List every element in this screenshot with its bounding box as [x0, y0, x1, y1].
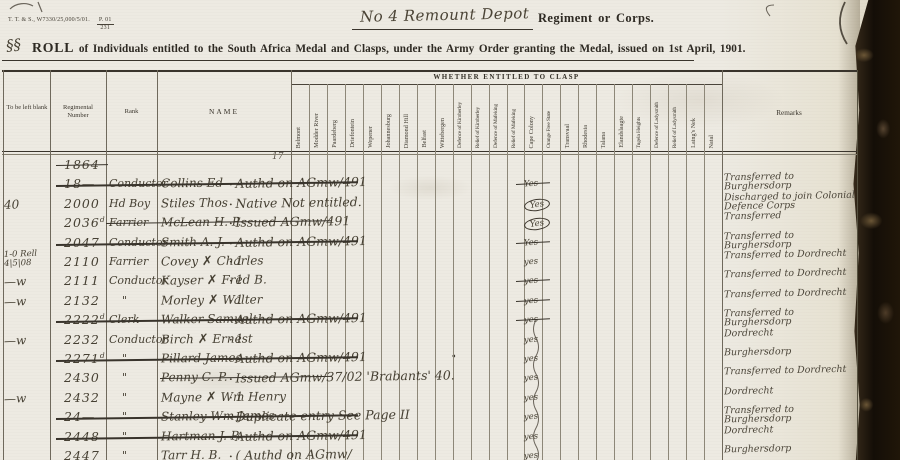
- clasp-column-label: Elandslaagte: [614, 86, 632, 150]
- note-dot: ·: [229, 200, 233, 211]
- clasp-column-label: Natal: [704, 86, 722, 150]
- regiment-underline: [352, 29, 533, 30]
- clasp-column-label-text: Relief of Mafeking: [511, 109, 517, 148]
- rule-clasp-column: [507, 84, 508, 460]
- clasp-column-label-text: Driefontein: [349, 119, 356, 148]
- rule-clasp-column: [417, 84, 418, 460]
- margin-note: —w: [4, 390, 58, 406]
- note-dot: ·: [229, 355, 233, 366]
- page-title-lead: ROLL: [32, 40, 74, 55]
- clasp-yes: yes: [522, 353, 541, 364]
- page-title: ROLL of Individuals entitled to the Sout…: [32, 40, 746, 56]
- clasp-column-label-text: Elandslaagte: [618, 116, 625, 148]
- clasp-column-label-text: Defence of Mafeking: [493, 104, 499, 148]
- row-number: 2111: [64, 273, 110, 288]
- remarks-text: Burghersdorp: [724, 443, 856, 455]
- row-number: 2132: [64, 293, 110, 308]
- row-name: Kayser ✗ Fred B.: [161, 273, 267, 289]
- rule-column: [857, 70, 858, 460]
- pen-flourish-top-left: [10, 2, 42, 12]
- rule-clasp-column: [524, 84, 525, 460]
- clasp-column-label: Belfast: [417, 86, 435, 150]
- clasp-column-label-text: Talana: [600, 132, 607, 148]
- clasp-note: ·( Authd on AGmw/: [229, 446, 352, 460]
- rule-clasp-column: [632, 84, 633, 460]
- rule-clasp-column: [471, 84, 472, 460]
- clasp-note: ·1: [229, 330, 244, 345]
- clasp-column-label-text: Defence of Ladysmith: [654, 102, 660, 148]
- margin-note: —w: [4, 332, 58, 348]
- clasp-note: ·Native Not entitled.: [229, 194, 362, 211]
- remarks-text: Dordrecht: [724, 326, 856, 338]
- clasp-column-label: Wittebergen: [435, 86, 453, 150]
- clasp-column-label-text: Transvaal: [564, 124, 571, 148]
- clasp-column-label-text: Orange Free State: [546, 111, 552, 148]
- column-header-remarks: Remarks: [724, 110, 854, 118]
- row-rank: ": [122, 449, 127, 460]
- clasp-column-label: Belmont: [291, 86, 309, 150]
- rule-clasp-column: [650, 84, 651, 460]
- rule-clasp-column: [542, 84, 543, 460]
- clasp-column-label: Relief of Ladysmith: [668, 86, 686, 150]
- clasp-column-label-text: Paardeberg: [331, 120, 338, 148]
- row-number: 2036d: [64, 215, 110, 230]
- margin-note: 40: [4, 196, 58, 212]
- rule-clasp-column: [327, 84, 328, 460]
- clasp-column-label-text: Modder River: [313, 113, 320, 148]
- margin-note: —w: [4, 273, 58, 289]
- row-rank: ": [122, 391, 127, 404]
- remarks-text: Transferred to Burghersdorp: [724, 404, 856, 425]
- row-rank: Conductor: [109, 333, 168, 346]
- clasp-column-label: Diamond Hill: [399, 86, 417, 150]
- pen-flourish-letter-c: [766, 5, 774, 16]
- remarks-text: Discharged to join Colonial Defence Corp…: [724, 190, 856, 211]
- row-number: 2000: [64, 196, 110, 211]
- note-dot: ·: [229, 296, 233, 307]
- clasp-note: ·1: [229, 253, 244, 268]
- note-dot: ·: [229, 335, 233, 346]
- row-name: Stiles Thos: [161, 195, 228, 210]
- rule-column: [157, 70, 158, 460]
- clasp-column-label: Tugela Heights: [632, 86, 650, 150]
- row-name: Mayne ✗ Wm Henry: [161, 389, 286, 405]
- rule-clasp-column: [489, 84, 490, 460]
- rule-clasp-column: [722, 70, 723, 460]
- clasp-yes: yes: [522, 392, 541, 403]
- row-number: 2047: [64, 235, 110, 250]
- remarks-text: Burghersdorp: [724, 346, 856, 358]
- regiment-label: Regiment or Corps.: [538, 11, 654, 26]
- stamp-fraction: P. 01 231: [97, 17, 114, 31]
- clasp-column-label-text: Wittebergen: [439, 118, 446, 148]
- note-dot: ·: [229, 276, 233, 287]
- row-number: 2447: [64, 448, 110, 460]
- rule-table-top: [2, 70, 858, 72]
- clasp-column-label: Laing's Nek: [686, 86, 704, 150]
- rule-clasp-column: [363, 84, 364, 460]
- note-dot: ·: [229, 257, 233, 268]
- rule-clasp-column: [704, 84, 705, 460]
- clasp-column-label: Defence of Ladysmith: [650, 86, 668, 150]
- clasp-column-label-text: Belfast: [421, 130, 428, 148]
- clasp-yes: yes: [522, 412, 541, 423]
- clasp-column-label: Rhodesia: [578, 86, 596, 150]
- title-underline: [2, 60, 694, 61]
- row-number: 2232: [64, 332, 110, 347]
- row-number: 2432: [64, 390, 110, 405]
- row-rank: Conductor: [109, 274, 168, 287]
- clasp-note: ·1: [229, 292, 244, 307]
- column-header-blank: To be left blank: [5, 104, 49, 112]
- remarks-text: Transferred to Dordrecht: [724, 365, 856, 377]
- rule-clasp-column: [345, 84, 346, 460]
- note-dot: ·: [229, 393, 233, 404]
- remarks-text: Transferred to Dordrecht: [724, 287, 856, 299]
- clasp-band-header: WHETHER ENTITLED TO CLASP: [291, 73, 722, 81]
- clasp-column-label: Driefontein: [345, 86, 363, 150]
- x-mark: ✗: [208, 293, 219, 308]
- remarks-text: Transferred to Dordrecht: [724, 268, 856, 280]
- number-suffix: d: [100, 215, 106, 224]
- rule-clasp-column: [399, 84, 400, 460]
- clasp-yes: Yes: [523, 197, 550, 213]
- stamp-reference: T. T. & S., W7330/25,000/5/01.: [8, 17, 90, 24]
- remarks-text: Dordrecht: [724, 423, 856, 435]
- rule-clasp-column: [381, 84, 382, 460]
- page-title-rest: of Individuals entitled to the South Afr…: [79, 43, 746, 55]
- stamp-fraction-bottom: 231: [100, 25, 110, 32]
- rule-clasp-column: [578, 84, 579, 460]
- column-header-rank: Rank: [108, 108, 155, 116]
- clasp-column-label-text: Natal: [708, 135, 715, 148]
- clasp-column-label: Relief of Mafeking: [507, 86, 525, 150]
- clasp-column-label-text: Belmont: [295, 127, 302, 148]
- book-edge: [852, 0, 900, 460]
- clasp-column-label: Defence of Mafeking: [489, 86, 507, 150]
- row-rank: ": [122, 371, 127, 384]
- clasp-column-label: Modder River: [309, 86, 327, 150]
- note-dot: ·: [229, 316, 233, 327]
- rule-clasp-column: [435, 84, 436, 460]
- clasp-column-label: Cape Colony: [524, 86, 542, 150]
- section-mark: §§: [5, 35, 22, 54]
- clasp-column-label: Defence of Kimberley: [453, 86, 471, 150]
- clasp-column-label: Johannesburg: [381, 86, 399, 150]
- clasp-column-label-text: Laing's Nek: [690, 118, 697, 148]
- rule-clasp-column: [291, 70, 292, 460]
- clasp-column-label-text: Johannesburg: [385, 114, 392, 148]
- remarks-text: Dordrecht: [724, 384, 856, 396]
- note-dot: ·: [229, 452, 233, 460]
- clasp-column-label: Orange Free State: [542, 86, 560, 150]
- clasp-note: ·1: [229, 272, 244, 287]
- clasp-column-label: Paardeberg: [327, 86, 345, 150]
- row-number: 2448: [64, 429, 110, 444]
- row-name: Morley ✗ Walter: [161, 292, 263, 308]
- row-number: 2430: [64, 370, 110, 385]
- clasp-column-label: Talana: [596, 86, 614, 150]
- printer-stamp: T. T. & S., W7330/25,000/5/01. P. 01 231: [8, 17, 114, 31]
- clasp-column-label-text: Cape Colony: [528, 116, 535, 148]
- clasp-column-label-text: Wepener: [367, 126, 374, 148]
- clasp-column-label-text: Rhodesia: [582, 125, 589, 148]
- clasp-column-label-text: Relief of Kimberley: [475, 107, 481, 148]
- row-number: 2110: [64, 254, 110, 269]
- clasp-yes: yes: [522, 256, 541, 267]
- margin-note: —w: [4, 293, 58, 309]
- rule-clasp-column: [560, 84, 561, 460]
- rule-clasp-column: [686, 84, 687, 460]
- clasp-note: ·1: [229, 389, 244, 404]
- rule-header-bottom: [2, 151, 858, 152]
- remarks-text: Transferred to Burghersdorp: [724, 171, 856, 192]
- clasp-column-label-text: Relief of Ladysmith: [672, 107, 678, 148]
- rule-clasp-column: [614, 84, 615, 460]
- clasp-yes: Yes: [523, 216, 550, 232]
- rule-clasp-column: [453, 84, 454, 460]
- row-rank: ": [122, 430, 127, 443]
- clasp-yes: yes: [522, 373, 541, 384]
- rule-clasp-column: [309, 84, 310, 460]
- column-header-number: Regimental Number: [52, 104, 104, 119]
- row-rank: Hd Boy: [109, 197, 150, 210]
- row-name: Tarr H. B.: [161, 448, 221, 460]
- clasp-yes: yes: [522, 431, 541, 442]
- clasp-column-label-text: Diamond Hill: [403, 114, 410, 148]
- clasp-column-label-text: Tugela Heights: [636, 117, 642, 148]
- clasp-yes: yes: [522, 334, 541, 345]
- clasp-yes: yes: [522, 450, 541, 460]
- x-mark: ✗: [198, 332, 209, 347]
- note-dot: ·: [229, 433, 233, 444]
- scanned-roll-page: T. T. & S., W7330/25,000/5/01. P. 01 231…: [0, 0, 900, 460]
- rule-clasp-column: [596, 84, 597, 460]
- remarks-text: Transferred to Dordrecht: [724, 249, 856, 261]
- rule-clasp-column: [668, 84, 669, 460]
- clasp-column-label-text: Defence of Kimberley: [457, 102, 463, 148]
- stamp-fraction-top: P. 01: [97, 17, 114, 25]
- clasp-column-label: Wepener: [363, 86, 381, 150]
- column-header-name: NAME: [159, 108, 289, 116]
- clasp-column-label: Transvaal: [560, 86, 578, 150]
- note-dot: ·: [229, 239, 233, 250]
- remarks-text: Transferred to Burghersdorp: [724, 229, 856, 250]
- x-mark: ✗: [206, 390, 217, 405]
- remarks-text: Transferred to Burghersdorp: [724, 307, 856, 328]
- margin-note: 1-0 Rell 4|5|08: [4, 249, 59, 269]
- remarks-text: Transferred: [724, 210, 856, 222]
- x-mark: ✗: [207, 273, 218, 288]
- rule-header-bottom-light: [2, 154, 858, 155]
- regiment-name-handwritten: No 4 Remount Depot: [360, 4, 530, 26]
- row-rank: ": [122, 294, 127, 307]
- x-mark: ✗: [202, 254, 213, 269]
- row-name: Covey ✗ Charles: [161, 253, 264, 269]
- row-rank: Farrier: [109, 255, 148, 268]
- clasp-column-label: Relief of Kimberley: [471, 86, 489, 150]
